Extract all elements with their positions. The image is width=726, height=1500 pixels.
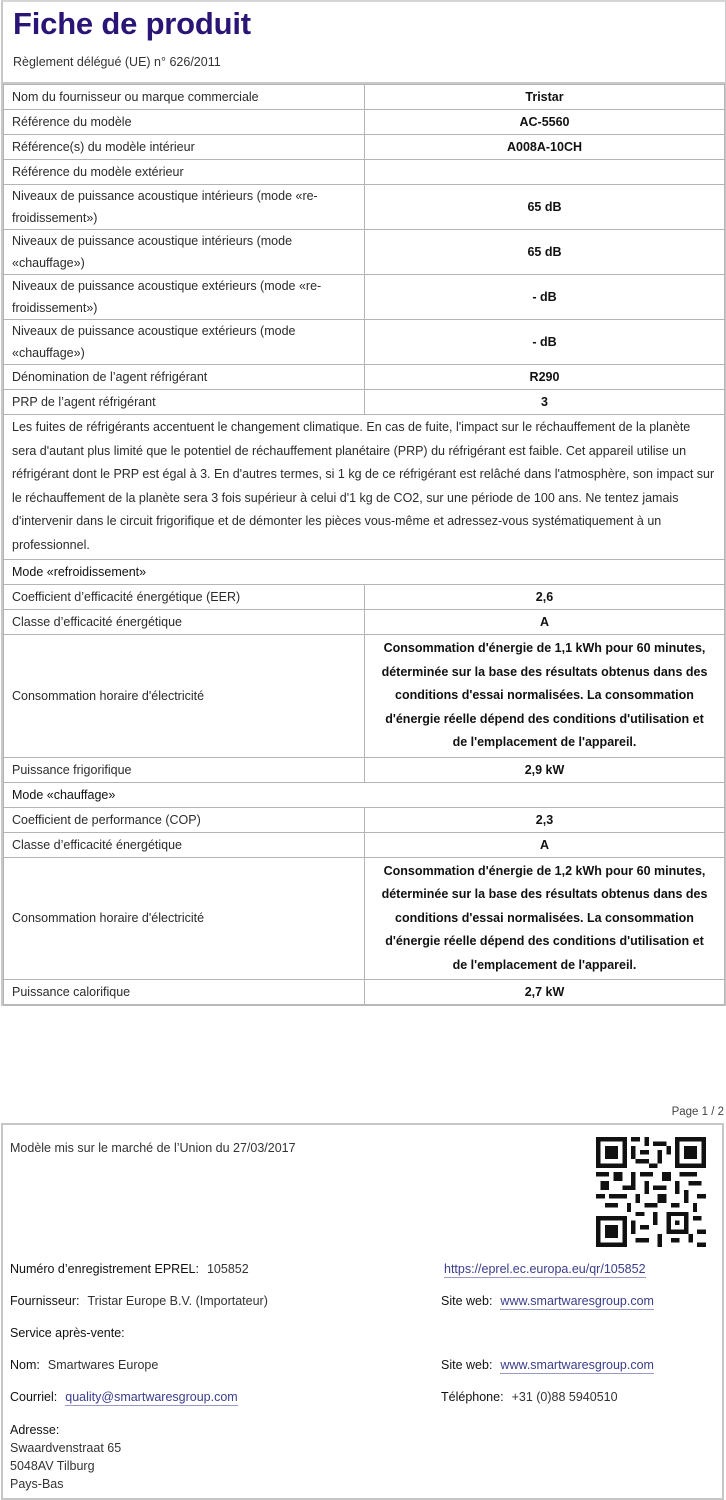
after-sales-website-link[interactable]: www.smartwaresgroup.com: [500, 1358, 654, 1374]
row-label: Puissance frigorifique: [4, 757, 365, 782]
table-row: Puissance calorifique 2,7 kW: [4, 980, 725, 1006]
table-row: Nom du fournisseur ou marque commerciale…: [4, 85, 725, 110]
table-row: Puissance frigorifique 2,9 kW: [4, 757, 725, 782]
table-row: Référence du modèle extérieur: [4, 160, 725, 185]
row-label: Classe d’efficacité énergétique: [4, 610, 365, 635]
supplier-website: Site web:www.smartwaresgroup.com: [441, 1294, 654, 1308]
table-row: Consommation horaire d'électricité Conso…: [4, 635, 725, 758]
phone-label: Téléphone:: [441, 1390, 504, 1404]
row-label: Niveaux de puissance acoustique extérieu…: [4, 275, 365, 320]
table-row: Niveaux de puissance acoustique extérieu…: [4, 320, 725, 365]
product-sheet-page-1: Fiche de produit Règlement délégué (UE) …: [1, 0, 726, 1006]
row-label: Référence du modèle: [4, 110, 365, 135]
table-row: Coefficient de performance (COP) 2,3: [4, 807, 725, 832]
row-label: Classe d’efficacité énergétique: [4, 832, 365, 857]
eprel-registration: Numéro d’enregistrement EPREL:105852: [10, 1262, 249, 1276]
eprel-link[interactable]: https://eprel.ec.europa.eu/qr/105852: [444, 1262, 646, 1278]
after-sales-heading: Service après-vente:: [10, 1326, 125, 1340]
row-value: 65 dB: [365, 185, 725, 230]
row-value: - dB: [365, 320, 725, 365]
row-value: A008A-10CH: [365, 135, 725, 160]
row-label: Référence du modèle extérieur: [4, 160, 365, 185]
after-sales-name-label: Nom:: [10, 1358, 40, 1372]
table-row: Dénomination de l’agent réfrigérant R290: [4, 365, 725, 390]
eprel-label: Numéro d’enregistrement EPREL:: [10, 1262, 199, 1276]
table-row: Niveaux de puissance acoustique intérieu…: [4, 185, 725, 230]
after-sales-website-label: Site web:: [441, 1358, 492, 1372]
email-link[interactable]: quality@smartwaresgroup.com: [65, 1390, 237, 1406]
address-label: Adresse:: [10, 1421, 113, 1439]
row-value: - dB: [365, 275, 725, 320]
row-value: Consommation d'énergie de 1,2 kWh pour 6…: [365, 857, 725, 980]
table-row: Référence du modèle AC-5560: [4, 110, 725, 135]
phone-value: +31 (0)88 5940510: [512, 1390, 618, 1404]
supplier-label: Fournisseur:: [10, 1294, 79, 1308]
row-label: Consommation horaire d'électricité: [4, 857, 365, 980]
table-row: Classe d’efficacité énergétique A: [4, 610, 725, 635]
row-label: Dénomination de l’agent réfrigérant: [4, 365, 365, 390]
table-row: Niveaux de puissance acoustique extérieu…: [4, 275, 725, 320]
row-value: 2,6: [365, 585, 725, 610]
section-row: Mode «chauffage»: [4, 782, 725, 807]
row-value: Consommation d'énergie de 1,1 kWh pour 6…: [365, 635, 725, 758]
table-row: Référence(s) du modèle intérieur A008A-1…: [4, 135, 725, 160]
row-value: A: [365, 832, 725, 857]
row-value: 3: [365, 390, 725, 415]
table-row: Coefficient d’efficacité énergétique (EE…: [4, 585, 725, 610]
supplier-website-link[interactable]: www.smartwaresgroup.com: [500, 1294, 654, 1310]
after-sales-website: Site web:www.smartwaresgroup.com: [441, 1358, 654, 1372]
address-line: 5048AV Tilburg: [10, 1457, 121, 1475]
page-number: Page 1 / 2: [672, 1106, 724, 1118]
refrigerant-note: Les fuites de réfrigérants accentuent le…: [4, 415, 725, 560]
qr-code-icon[interactable]: [596, 1137, 706, 1247]
table-row: PRP de l’agent réfrigérant 3: [4, 390, 725, 415]
after-sales-name-value: Smartwares Europe: [48, 1358, 158, 1372]
address-line: Swaardvenstraat 65: [10, 1439, 121, 1457]
table-row: Classe d’efficacité énergétique A: [4, 832, 725, 857]
email-label: Courriel:: [10, 1390, 57, 1404]
after-sales-phone: Téléphone:+31 (0)88 5940510: [441, 1390, 618, 1404]
table-row: Niveaux de puissance acoustique intérieu…: [4, 230, 725, 275]
row-label: Niveaux de puissance acoustique intérieu…: [4, 230, 365, 275]
eprel-value: 105852: [207, 1262, 249, 1276]
section-row: Mode «refroidissement»: [4, 560, 725, 585]
section-title-heating: Mode «chauffage»: [4, 782, 725, 807]
row-value: Tristar: [365, 85, 725, 110]
row-label: Nom du fournisseur ou marque commerciale: [4, 85, 365, 110]
address-block: Adresse: Swaardvenstraat 65 5048AV Tilbu…: [10, 1421, 121, 1493]
refrigerant-note-row: Les fuites de réfrigérants accentuent le…: [4, 415, 725, 560]
after-sales-name: Nom:Smartwares Europe: [10, 1358, 158, 1372]
section-title-cooling: Mode «refroidissement»: [4, 560, 725, 585]
supplier: Fournisseur:Tristar Europe B.V. (Importa…: [10, 1294, 268, 1308]
supplier-value: Tristar Europe B.V. (Importateur): [87, 1294, 267, 1308]
row-label: Niveaux de puissance acoustique extérieu…: [4, 320, 365, 365]
row-value: AC-5560: [365, 110, 725, 135]
row-label: Niveaux de puissance acoustique intérieu…: [4, 185, 365, 230]
address-line: Pays-Bas: [10, 1475, 121, 1493]
eprel-link-wrap: https://eprel.ec.europa.eu/qr/105852: [444, 1262, 646, 1276]
row-value: A: [365, 610, 725, 635]
row-label: Référence(s) du modèle intérieur: [4, 135, 365, 160]
supplier-website-label: Site web:: [441, 1294, 492, 1308]
row-value: 65 dB: [365, 230, 725, 275]
after-sales-title: Service après-vente:: [10, 1326, 133, 1340]
row-value: 2,7 kW: [365, 980, 725, 1006]
market-date: Modèle mis sur le marché de l’Union du 2…: [10, 1141, 296, 1155]
row-value: [365, 160, 725, 185]
spec-table: Nom du fournisseur ou marque commerciale…: [3, 84, 725, 1006]
row-label: Puissance calorifique: [4, 980, 365, 1006]
row-label: Coefficient d’efficacité énergétique (EE…: [4, 585, 365, 610]
row-label: Coefficient de performance (COP): [4, 807, 365, 832]
row-value: 2,3: [365, 807, 725, 832]
page-title: Fiche de produit: [3, 2, 725, 48]
row-label: Consommation horaire d'électricité: [4, 635, 365, 758]
after-sales-email: Courriel:quality@smartwaresgroup.com: [10, 1390, 238, 1404]
table-row: Consommation horaire d'électricité Conso…: [4, 857, 725, 980]
regulation-reference: Règlement délégué (UE) n° 626/2011: [3, 48, 725, 84]
row-value: R290: [365, 365, 725, 390]
row-label: PRP de l’agent réfrigérant: [4, 390, 365, 415]
row-value: 2,9 kW: [365, 757, 725, 782]
